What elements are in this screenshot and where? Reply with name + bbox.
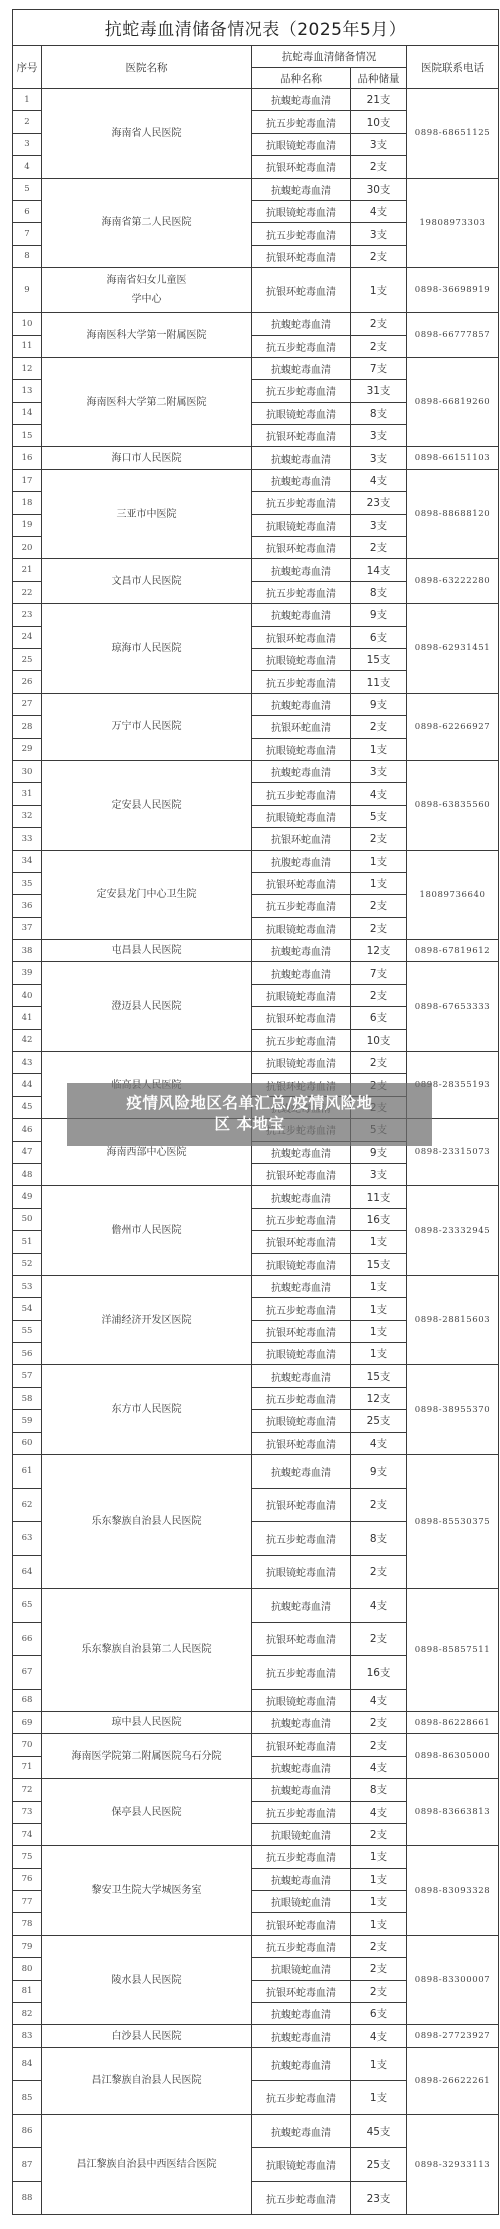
header-phone: 医院联系电话 xyxy=(407,46,499,89)
quantity-cell: 2支 xyxy=(351,895,407,917)
variety-cell: 抗五步蛇毒血清 xyxy=(252,223,351,245)
variety-cell: 抗眼镜蛇毒血清 xyxy=(252,805,351,827)
seq-cell: 45 xyxy=(13,1096,42,1118)
quantity-cell: 10支 xyxy=(351,1029,407,1051)
seq-cell: 31 xyxy=(13,783,42,805)
variety-cell: 抗银环蛇毒血清 xyxy=(252,872,351,894)
seq-cell: 10 xyxy=(13,313,42,335)
table-row: 39澄迈县人民医院抗蝮蛇毒血清7支0898-67653333 xyxy=(13,962,499,984)
hospital-name-cell: 文昌市人民医院 xyxy=(42,559,252,604)
header-hospital: 医院名称 xyxy=(42,46,252,89)
hospital-name-cell: 琼海市人民医院 xyxy=(42,604,252,694)
watermark-caption-overlay: 疫情风险地区名单汇总/疫情风险地 区 本地宝 xyxy=(67,1083,432,1146)
variety-cell: 抗蝮蛇毒血清 xyxy=(252,1711,351,1733)
variety-cell: 抗蝮蛇毒血清 xyxy=(252,447,351,469)
seq-cell: 3 xyxy=(13,133,42,155)
variety-cell: 抗蝮蛇毒血清 xyxy=(252,604,351,626)
variety-cell: 抗五步蛇毒血清 xyxy=(252,1387,351,1409)
variety-cell: 抗眼镜蛇毒血清 xyxy=(252,1343,351,1365)
variety-cell: 抗银环蛇毒血清 xyxy=(252,1432,351,1454)
quantity-cell: 2支 xyxy=(351,1980,407,2002)
variety-cell: 抗银环蛇毒血清 xyxy=(252,1980,351,2002)
variety-cell: 抗银环蛇毒血清 xyxy=(252,626,351,648)
quantity-cell: 1支 xyxy=(351,1231,407,1253)
quantity-cell: 9支 xyxy=(351,604,407,626)
table-row: 75黎安卫生院大学城医务室抗五步蛇毒血清1支0898-83093328 xyxy=(13,1846,499,1868)
quantity-cell: 2支 xyxy=(351,1622,407,1656)
hospital-name-cell: 海口市人民医院 xyxy=(42,447,252,469)
seq-cell: 53 xyxy=(13,1275,42,1297)
table-row: 5海南省第二人民医院抗蝮蛇毒血清30支19808973303 xyxy=(13,178,499,200)
quantity-cell: 4支 xyxy=(351,1432,407,1454)
hospital-phone-cell: 0898-86228661 xyxy=(407,1711,499,1733)
variety-cell: 抗五步蛇毒血清 xyxy=(252,1208,351,1230)
quantity-cell: 1支 xyxy=(351,1343,407,1365)
seq-cell: 83 xyxy=(13,2025,42,2047)
variety-cell: 抗五步蛇毒血清 xyxy=(252,1801,351,1823)
seq-cell: 60 xyxy=(13,1432,42,1454)
seq-cell: 51 xyxy=(13,1231,42,1253)
hospital-name-cell: 屯昌县人民医院 xyxy=(42,940,252,962)
variety-cell: 抗蝮蛇毒血清 xyxy=(252,2047,351,2081)
quantity-cell: 9支 xyxy=(351,1455,407,1489)
variety-cell: 抗眼镜蛇毒血清 xyxy=(252,1253,351,1275)
variety-cell: 抗五步蛇毒血清 xyxy=(252,1522,351,1556)
variety-cell: 抗眼镜蛇毒血清 xyxy=(252,402,351,424)
quantity-cell: 16支 xyxy=(351,1208,407,1230)
hospital-phone-cell: 0898-88688120 xyxy=(407,469,499,559)
hospital-phone-cell: 0898-63835560 xyxy=(407,760,499,850)
hospital-phone-cell: 0898-62266927 xyxy=(407,693,499,760)
quantity-cell: 2支 xyxy=(351,716,407,738)
table-row: 72保亭县人民医院抗蝮蛇毒血清8支0898-83663813 xyxy=(13,1779,499,1801)
hospital-name-cell: 海南医科大学第一附属医院 xyxy=(42,313,252,358)
quantity-cell: 1支 xyxy=(351,2047,407,2081)
variety-cell: 抗蝮蛇毒血清 xyxy=(252,178,351,200)
variety-cell: 抗眼镜蛇毒血清 xyxy=(252,648,351,670)
seq-cell: 37 xyxy=(13,917,42,939)
seq-cell: 12 xyxy=(13,357,42,379)
quantity-cell: 7支 xyxy=(351,357,407,379)
seq-cell: 63 xyxy=(13,1522,42,1556)
quantity-cell: 4支 xyxy=(351,1756,407,1778)
hospital-name-cell: 三亚市中医院 xyxy=(42,469,252,559)
quantity-cell: 2支 xyxy=(351,537,407,559)
quantity-cell: 3支 xyxy=(351,223,407,245)
variety-cell: 抗眼镜蛇毒血清 xyxy=(252,1410,351,1432)
seq-cell: 43 xyxy=(13,1052,42,1074)
table-row: 84昌江黎族自治县人民医院抗蝮蛇毒血清1支0898-26622261 xyxy=(13,2047,499,2081)
quantity-cell: 15支 xyxy=(351,1365,407,1387)
hospital-name-cell: 保亭县人民医院 xyxy=(42,1779,252,1846)
quantity-cell: 15支 xyxy=(351,1253,407,1275)
seq-cell: 17 xyxy=(13,469,42,491)
table-body: 1海南省人民医院抗蝮蛇毒血清21支0898-686511252抗五步蛇毒血清10… xyxy=(13,89,499,2215)
variety-cell: 抗蝮蛇毒血清 xyxy=(252,1868,351,1890)
variety-cell: 抗蝮蛇毒血清 xyxy=(252,940,351,962)
seq-cell: 52 xyxy=(13,1253,42,1275)
table-row: 34定安县龙门中心卫生院抗腹蛇毒血清1支18089736640 xyxy=(13,850,499,872)
seq-cell: 73 xyxy=(13,1801,42,1823)
variety-cell: 抗蝮蛇毒血清 xyxy=(252,1589,351,1623)
quantity-cell: 1支 xyxy=(351,872,407,894)
quantity-cell: 12支 xyxy=(351,940,407,962)
quantity-cell: 3支 xyxy=(351,1163,407,1185)
quantity-cell: 2支 xyxy=(351,1711,407,1733)
seq-cell: 40 xyxy=(13,984,42,1006)
table-row: 61乐东黎族自治县人民医院抗蝮蛇毒血清9支0898-85530375 xyxy=(13,1455,499,1489)
quantity-cell: 2支 xyxy=(351,1958,407,1980)
variety-cell: 抗五步蛇毒血清 xyxy=(252,895,351,917)
variety-cell: 抗银环蛇血清 xyxy=(252,716,351,738)
hospital-phone-cell: 0898-62931451 xyxy=(407,604,499,694)
seq-cell: 24 xyxy=(13,626,42,648)
variety-cell: 抗五步蛇毒血清 xyxy=(252,2181,351,2215)
quantity-cell: 3支 xyxy=(351,514,407,536)
hospital-phone-cell: 18089736640 xyxy=(407,850,499,940)
variety-cell: 抗蝮蛇毒血清 xyxy=(252,1779,351,1801)
variety-cell: 抗银环蛇毒血清 xyxy=(252,425,351,447)
quantity-cell: 1支 xyxy=(351,1913,407,1935)
hospital-phone-cell: 0898-66819260 xyxy=(407,357,499,447)
seq-cell: 44 xyxy=(13,1074,42,1096)
seq-cell: 67 xyxy=(13,1656,42,1690)
hospital-name-cell: 万宁市人民医院 xyxy=(42,693,252,760)
quantity-cell: 12支 xyxy=(351,1387,407,1409)
quantity-cell: 8支 xyxy=(351,1522,407,1556)
seq-cell: 88 xyxy=(13,2181,42,2215)
seq-cell: 76 xyxy=(13,1868,42,1890)
hospital-name-cell: 洋浦经济开发区医院 xyxy=(42,1275,252,1365)
quantity-cell: 1支 xyxy=(351,268,407,313)
seq-cell: 71 xyxy=(13,1756,42,1778)
table-row: 69琼中县人民医院抗蝮蛇毒血清2支0898-86228661 xyxy=(13,1711,499,1733)
hospital-phone-cell: 0898-83300007 xyxy=(407,1935,499,2025)
seq-cell: 64 xyxy=(13,1555,42,1589)
variety-cell: 抗银环蛇毒血清 xyxy=(252,268,351,313)
quantity-cell: 25支 xyxy=(351,1410,407,1432)
quantity-cell: 8支 xyxy=(351,402,407,424)
seq-cell: 7 xyxy=(13,223,42,245)
variety-cell: 抗眼镜蛇血清 xyxy=(252,1891,351,1913)
variety-cell: 抗蝮蛇毒血清 xyxy=(252,962,351,984)
table-row: 83白沙县人民医院抗蝮蛇毒血清4支0898-27723927 xyxy=(13,2025,499,2047)
quantity-cell: 1支 xyxy=(351,738,407,760)
seq-cell: 13 xyxy=(13,380,42,402)
quantity-cell: 4支 xyxy=(351,1801,407,1823)
table-row: 23琼海市人民医院抗蝮蛇毒血清9支0898-62931451 xyxy=(13,604,499,626)
seq-cell: 34 xyxy=(13,850,42,872)
hospital-name-cell: 定安县龙门中心卫生院 xyxy=(42,850,252,940)
quantity-cell: 2支 xyxy=(351,245,407,267)
variety-cell: 抗蝮蛇毒血清 xyxy=(252,693,351,715)
seq-cell: 84 xyxy=(13,2047,42,2081)
quantity-cell: 7支 xyxy=(351,962,407,984)
seq-cell: 86 xyxy=(13,2114,42,2148)
seq-cell: 2 xyxy=(13,111,42,133)
variety-cell: 抗蝮蛇毒血清 xyxy=(252,1756,351,1778)
quantity-cell: 6支 xyxy=(351,626,407,648)
table-row: 27万宁市人民医院抗蝮蛇毒血清9支0898-62266927 xyxy=(13,693,499,715)
variety-cell: 抗蝮蛇毒血清 xyxy=(252,1186,351,1208)
hospital-name-cell: 海南省第二人民医院 xyxy=(42,178,252,268)
table-title: 抗蛇毒血清储备情况表（2025年5月） xyxy=(13,10,499,46)
seq-cell: 81 xyxy=(13,1980,42,2002)
hospital-name-cell: 陵水县人民医院 xyxy=(42,1935,252,2025)
table-row: 1海南省人民医院抗蝮蛇毒血清21支0898-68651125 xyxy=(13,89,499,111)
seq-cell: 41 xyxy=(13,1007,42,1029)
header-variety: 品种名称 xyxy=(252,68,351,89)
hospital-name-cell: 东方市人民医院 xyxy=(42,1365,252,1455)
hospital-phone-cell: 0898-27723927 xyxy=(407,2025,499,2047)
seq-cell: 21 xyxy=(13,559,42,581)
quantity-cell: 23支 xyxy=(351,492,407,514)
seq-cell: 50 xyxy=(13,1208,42,1230)
variety-cell: 抗银环蛇毒血清 xyxy=(252,245,351,267)
seq-cell: 16 xyxy=(13,447,42,469)
hospital-name-cell: 儋州市人民医院 xyxy=(42,1186,252,1276)
seq-cell: 82 xyxy=(13,2003,42,2025)
variety-cell: 抗眼镜蛇毒血清 xyxy=(252,917,351,939)
hospital-phone-cell: 0898-83663813 xyxy=(407,1779,499,1846)
table-row: 21文昌市人民医院抗蝮蛇毒血清14支0898-63222280 xyxy=(13,559,499,581)
hospital-name-cell: 白沙县人民医院 xyxy=(42,2025,252,2047)
seq-cell: 23 xyxy=(13,604,42,626)
quantity-cell: 45支 xyxy=(351,2114,407,2148)
variety-cell: 抗银环蛇毒血清 xyxy=(252,1913,351,1935)
seq-cell: 47 xyxy=(13,1141,42,1163)
quantity-cell: 2支 xyxy=(351,1052,407,1074)
variety-cell: 抗银环蛇血清 xyxy=(252,828,351,850)
seq-cell: 19 xyxy=(13,514,42,536)
seq-cell: 75 xyxy=(13,1846,42,1868)
table-row: 49儋州市人民医院抗蝮蛇毒血清11支0898-23332945 xyxy=(13,1186,499,1208)
hospital-phone-cell: 0898-67819612 xyxy=(407,940,499,962)
variety-cell: 抗眼镜蛇毒血清 xyxy=(252,514,351,536)
hospital-phone-cell: 0898-36698919 xyxy=(407,268,499,313)
variety-cell: 抗蝮蛇毒血清 xyxy=(252,89,351,111)
seq-cell: 58 xyxy=(13,1387,42,1409)
variety-cell: 抗银环蛇毒血清 xyxy=(252,1231,351,1253)
seq-cell: 69 xyxy=(13,1711,42,1733)
variety-cell: 抗眼镜蛇毒血清 xyxy=(252,1689,351,1711)
quantity-cell: 10支 xyxy=(351,111,407,133)
quantity-cell: 2支 xyxy=(351,335,407,357)
quantity-cell: 6支 xyxy=(351,2003,407,2025)
seq-cell: 46 xyxy=(13,1119,42,1141)
quantity-cell: 1支 xyxy=(351,850,407,872)
hospital-phone-cell: 0898-32933113 xyxy=(407,2114,499,2215)
variety-cell: 抗眼镜蛇毒血清 xyxy=(252,984,351,1006)
seq-cell: 85 xyxy=(13,2081,42,2115)
variety-cell: 抗蝮蛇毒血清 xyxy=(252,1275,351,1297)
seq-cell: 65 xyxy=(13,1589,42,1623)
seq-cell: 80 xyxy=(13,1958,42,1980)
hospital-phone-cell: 0898-68651125 xyxy=(407,89,499,179)
quantity-cell: 2支 xyxy=(351,1823,407,1845)
seq-cell: 61 xyxy=(13,1455,42,1489)
header-seq: 序号 xyxy=(13,46,42,89)
table-row: 30定安县人民医院抗蝮蛇毒血清3支0898-63835560 xyxy=(13,760,499,782)
variety-cell: 抗银环蛇毒血清 xyxy=(252,1622,351,1656)
variety-cell: 抗五步蛇毒血清 xyxy=(252,783,351,805)
variety-cell: 抗五步蛇毒血清 xyxy=(252,492,351,514)
quantity-cell: 25支 xyxy=(351,2148,407,2182)
variety-cell: 抗眼镜蛇毒血清 xyxy=(252,200,351,222)
seq-cell: 5 xyxy=(13,178,42,200)
variety-cell: 抗五步蛇毒血清 xyxy=(252,1656,351,1690)
hospital-phone-cell: 0898-23332945 xyxy=(407,1186,499,1276)
quantity-cell: 2支 xyxy=(351,313,407,335)
quantity-cell: 2支 xyxy=(351,1488,407,1522)
header-quantity: 品种储量 xyxy=(351,68,407,89)
seq-cell: 56 xyxy=(13,1343,42,1365)
table-row: 79陵水县人民医院抗五步蛇毒血清2支0898-83300007 xyxy=(13,1935,499,1957)
seq-cell: 54 xyxy=(13,1298,42,1320)
seq-cell: 1 xyxy=(13,89,42,111)
seq-cell: 29 xyxy=(13,738,42,760)
seq-cell: 9 xyxy=(13,268,42,313)
seq-cell: 66 xyxy=(13,1622,42,1656)
seq-cell: 11 xyxy=(13,335,42,357)
seq-cell: 79 xyxy=(13,1935,42,1957)
seq-cell: 30 xyxy=(13,760,42,782)
variety-cell: 抗眼镜蛇毒血清 xyxy=(252,1555,351,1589)
variety-cell: 抗五步蛇毒血清 xyxy=(252,581,351,603)
quantity-cell: 3支 xyxy=(351,425,407,447)
table-row: 12海南医科大学第二附属医院抗蝮蛇毒血清7支0898-66819260 xyxy=(13,357,499,379)
table-row: 65乐东黎族自治县第二人民医院抗蝮蛇毒血清4支0898-85857511 xyxy=(13,1589,499,1623)
header-reserve-group: 抗蛇毒血清储备情况 xyxy=(252,46,407,68)
variety-cell: 抗五步蛇毒血清 xyxy=(252,380,351,402)
overlay-line-1: 疫情风险地区名单汇总/疫情风险地 xyxy=(67,1093,432,1114)
variety-cell: 抗蝮蛇毒血清 xyxy=(252,559,351,581)
quantity-cell: 2支 xyxy=(351,917,407,939)
variety-cell: 抗眼镜蛇血清 xyxy=(252,1958,351,1980)
table-row: 17三亚市中医院抗蝮蛇毒血清4支0898-88688120 xyxy=(13,469,499,491)
table-row: 53洋浦经济开发区医院抗蝮蛇毒血清1支0898-28815603 xyxy=(13,1275,499,1297)
variety-cell: 抗蝮蛇毒血清 xyxy=(252,313,351,335)
table-row: 9海南省妇女儿童医学中心抗银环蛇毒血清1支0898-36698919 xyxy=(13,268,499,313)
seq-cell: 55 xyxy=(13,1320,42,1342)
hospital-phone-cell: 0898-66777857 xyxy=(407,313,499,358)
quantity-cell: 2支 xyxy=(351,1935,407,1957)
quantity-cell: 3支 xyxy=(351,133,407,155)
seq-cell: 59 xyxy=(13,1410,42,1432)
quantity-cell: 8支 xyxy=(351,581,407,603)
variety-cell: 抗眼镜蛇毒血清 xyxy=(252,738,351,760)
variety-cell: 抗蝮蛇毒血清 xyxy=(252,2025,351,2047)
variety-cell: 抗蝮蛇毒血清 xyxy=(252,1455,351,1489)
hospital-name-cell: 琼中县人民医院 xyxy=(42,1711,252,1733)
quantity-cell: 2支 xyxy=(351,156,407,178)
quantity-cell: 11支 xyxy=(351,1186,407,1208)
hospital-phone-cell: 19808973303 xyxy=(407,178,499,268)
quantity-cell: 3支 xyxy=(351,447,407,469)
hospital-phone-cell: 0898-28815603 xyxy=(407,1275,499,1365)
hospital-name-cell: 澄迈县人民医院 xyxy=(42,962,252,1052)
variety-cell: 抗银环蛇毒血清 xyxy=(252,537,351,559)
variety-cell: 抗五步蛇毒血清 xyxy=(252,1029,351,1051)
variety-cell: 抗银环蛇毒血清 xyxy=(252,1734,351,1756)
hospital-phone-cell: 0898-83093328 xyxy=(407,1846,499,1936)
seq-cell: 87 xyxy=(13,2148,42,2182)
quantity-cell: 2支 xyxy=(351,828,407,850)
quantity-cell: 8支 xyxy=(351,1779,407,1801)
quantity-cell: 21支 xyxy=(351,89,407,111)
quantity-cell: 4支 xyxy=(351,1589,407,1623)
seq-cell: 39 xyxy=(13,962,42,984)
seq-cell: 57 xyxy=(13,1365,42,1387)
variety-cell: 抗眼镜蛇毒血清 xyxy=(252,2148,351,2182)
seq-cell: 48 xyxy=(13,1163,42,1185)
table-row: 86昌江黎族自治县中西医结合医院抗蝮蛇毒血清45支0898-32933113 xyxy=(13,2114,499,2148)
quantity-cell: 1支 xyxy=(351,1891,407,1913)
hospital-name-cell: 海南省人民医院 xyxy=(42,89,252,179)
seq-cell: 14 xyxy=(13,402,42,424)
seq-cell: 26 xyxy=(13,671,42,693)
seq-cell: 20 xyxy=(13,537,42,559)
variety-cell: 抗蝮蛇毒血清 xyxy=(252,469,351,491)
quantity-cell: 23支 xyxy=(351,2181,407,2215)
table-row: 38屯昌县人民医院抗蝮蛇毒血清12支0898-67819612 xyxy=(13,940,499,962)
hospital-name-cell: 乐东黎族自治县第二人民医院 xyxy=(42,1589,252,1712)
seq-cell: 36 xyxy=(13,895,42,917)
seq-cell: 77 xyxy=(13,1891,42,1913)
seq-cell: 28 xyxy=(13,716,42,738)
hospital-name-cell: 海南省妇女儿童医学中心 xyxy=(42,268,252,313)
table-row: 43临高县人民医院抗眼镜蛇毒血清2支0898-28355193 xyxy=(13,1052,499,1074)
seq-cell: 4 xyxy=(13,156,42,178)
variety-cell: 抗腹蛇毒血清 xyxy=(252,850,351,872)
seq-cell: 38 xyxy=(13,940,42,962)
quantity-cell: 30支 xyxy=(351,178,407,200)
quantity-cell: 11支 xyxy=(351,671,407,693)
quantity-cell: 1支 xyxy=(351,1868,407,1890)
variety-cell: 抗蝮蛇毒血清 xyxy=(252,2114,351,2148)
seq-cell: 6 xyxy=(13,200,42,222)
quantity-cell: 1支 xyxy=(351,1846,407,1868)
quantity-cell: 4支 xyxy=(351,200,407,222)
seq-cell: 18 xyxy=(13,492,42,514)
variety-cell: 抗五步蛇毒血清 xyxy=(252,111,351,133)
seq-cell: 68 xyxy=(13,1689,42,1711)
seq-cell: 72 xyxy=(13,1779,42,1801)
quantity-cell: 9支 xyxy=(351,693,407,715)
variety-cell: 抗眼镜蛇毒血清 xyxy=(252,1052,351,1074)
seq-cell: 70 xyxy=(13,1734,42,1756)
hospital-phone-cell: 0898-85530375 xyxy=(407,1455,499,1589)
seq-cell: 33 xyxy=(13,828,42,850)
quantity-cell: 15支 xyxy=(351,648,407,670)
seq-cell: 78 xyxy=(13,1913,42,1935)
quantity-cell: 14支 xyxy=(351,559,407,581)
variety-cell: 抗五步蛇毒血清 xyxy=(252,2081,351,2115)
seq-cell: 15 xyxy=(13,425,42,447)
variety-cell: 抗眼镜蛇毒血清 xyxy=(252,133,351,155)
hospital-phone-cell: 0898-63222280 xyxy=(407,559,499,604)
variety-cell: 抗蝮蛇毒血清 xyxy=(252,760,351,782)
quantity-cell: 4支 xyxy=(351,1689,407,1711)
hospital-name-cell: 昌江黎族自治县中西医结合医院 xyxy=(42,2114,252,2215)
quantity-cell: 1支 xyxy=(351,1320,407,1342)
seq-cell: 35 xyxy=(13,872,42,894)
hospital-name-cell: 海南医学院第二附属医院乌石分院 xyxy=(42,1734,252,1779)
variety-cell: 抗银环蛇毒血清 xyxy=(252,1007,351,1029)
variety-cell: 抗蝮蛇毒血清 xyxy=(252,357,351,379)
hospital-name-cell: 昌江黎族自治县人民医院 xyxy=(42,2047,252,2114)
variety-cell: 抗五步蛇毒血清 xyxy=(252,1846,351,1868)
